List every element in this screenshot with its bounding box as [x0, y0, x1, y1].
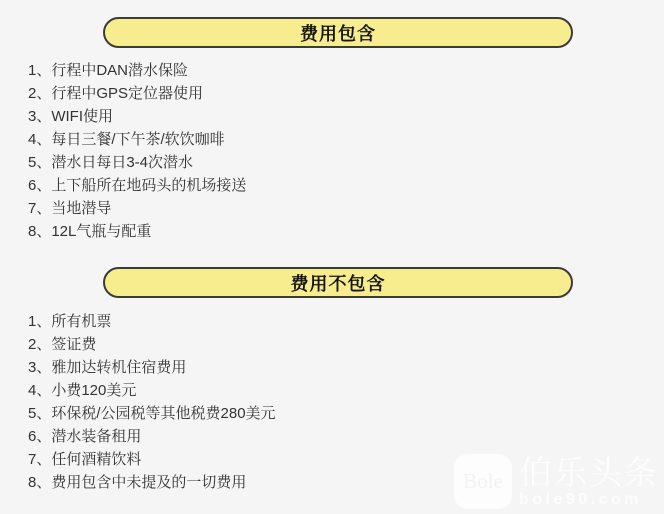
excluded-fee-list: 1、所有机票 2、签证费 3、雅加达转机住宿费用 4、小费120美元 5、环保税…: [0, 310, 664, 494]
list-item: 3、WIFI使用: [28, 105, 664, 128]
included-fee-list: 1、行程中DAN潜水保险 2、行程中GPS定位器使用 3、WIFI使用 4、每日…: [0, 59, 664, 243]
section-title-included: 费用包含: [300, 20, 376, 46]
list-item: 5、潜水日每日3-4次潜水: [28, 151, 664, 174]
page: 费用包含 1、行程中DAN潜水保险 2、行程中GPS定位器使用 3、WIFI使用…: [0, 0, 664, 514]
list-item: 6、潜水装备租用: [28, 425, 664, 448]
list-item: 4、小费120美元: [28, 379, 664, 402]
list-item: 1、所有机票: [28, 310, 664, 333]
list-item: 7、当地潜导: [28, 197, 664, 220]
list-item: 7、任何酒精饮料: [28, 448, 664, 471]
list-item: 8、费用包含中未提及的一切费用: [28, 471, 664, 494]
section-title-excluded: 费用不包含: [291, 270, 386, 296]
list-item: 2、签证费: [28, 333, 664, 356]
list-item: 8、12L气瓶与配重: [28, 220, 664, 243]
list-item: 5、环保税/公园税等其他税费280美元: [28, 402, 664, 425]
list-item: 3、雅加达转机住宿费用: [28, 356, 664, 379]
list-item: 1、行程中DAN潜水保险: [28, 59, 664, 82]
section-fees-excluded: 费用不包含 1、所有机票 2、签证费 3、雅加达转机住宿费用 4、小费120美元…: [0, 267, 664, 494]
list-item: 2、行程中GPS定位器使用: [28, 82, 664, 105]
section-fees-included: 费用包含 1、行程中DAN潜水保险 2、行程中GPS定位器使用 3、WIFI使用…: [0, 17, 664, 243]
section-header-included: 费用包含: [103, 17, 573, 48]
list-item: 4、每日三餐/下午茶/软饮咖啡: [28, 128, 664, 151]
section-header-excluded: 费用不包含: [103, 267, 573, 298]
list-item: 6、上下船所在地码头的机场接送: [28, 174, 664, 197]
